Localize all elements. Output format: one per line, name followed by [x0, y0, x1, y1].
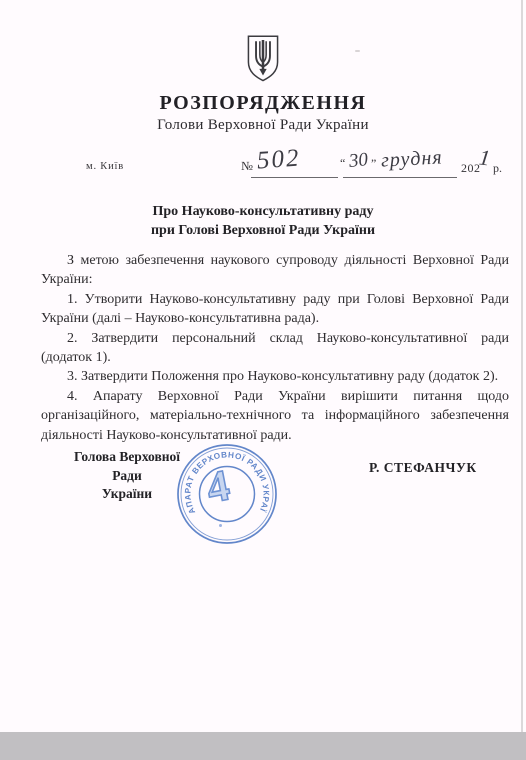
handwritten-year-digit: 1 — [477, 144, 491, 171]
number-sign: № — [241, 159, 253, 174]
body-paragraph: 3. Затвердити Положення про Науково-конс… — [41, 367, 509, 386]
handwritten-day: 30 — [348, 149, 369, 173]
signer-name: Р. СТЕФАНЧУК — [369, 460, 477, 476]
day-quote-open: “ — [340, 156, 345, 171]
body-paragraph: 1. Утворити Науково-консультативну раду … — [41, 290, 509, 329]
handwritten-month: грудня — [380, 146, 443, 172]
place-label: м. Київ — [86, 161, 124, 172]
issuer-subheading: Голови Верховної Ради України — [0, 117, 526, 134]
body-paragraph: 2. Затвердити персональний склад Науково… — [41, 329, 509, 368]
date-blank-line — [343, 177, 457, 178]
stamp-dot — [219, 524, 222, 527]
document-body: З метою забезпечення наукового супроводу… — [41, 251, 509, 445]
handwritten-number: 502 — [256, 145, 301, 176]
year-suffix: р. — [493, 161, 502, 176]
body-paragraph: З метою забезпечення наукового супроводу… — [41, 251, 509, 290]
scan-speck — [355, 50, 360, 52]
scanned-document-page: РОЗПОРЯДЖЕННЯ Голови Верховної Ради Укра… — [0, 0, 526, 760]
page-edge-scan-line — [521, 0, 523, 732]
number-blank-line — [251, 177, 338, 178]
day-quote-close: ” — [371, 156, 376, 171]
document-title-line2: при Голові Верховної Ради України — [0, 222, 526, 241]
tryzub-coat-of-arms-icon — [244, 34, 282, 84]
document-title-line1: Про Науково-консультативну раду — [0, 203, 526, 222]
scanner-shadow-band — [0, 732, 526, 760]
body-paragraph: 4. Апарату Верховної Ради України виріши… — [41, 387, 509, 445]
document-type-heading: РОЗПОРЯДЖЕННЯ — [0, 92, 526, 115]
document-title: Про Науково-консультативну раду при Голо… — [0, 203, 526, 240]
